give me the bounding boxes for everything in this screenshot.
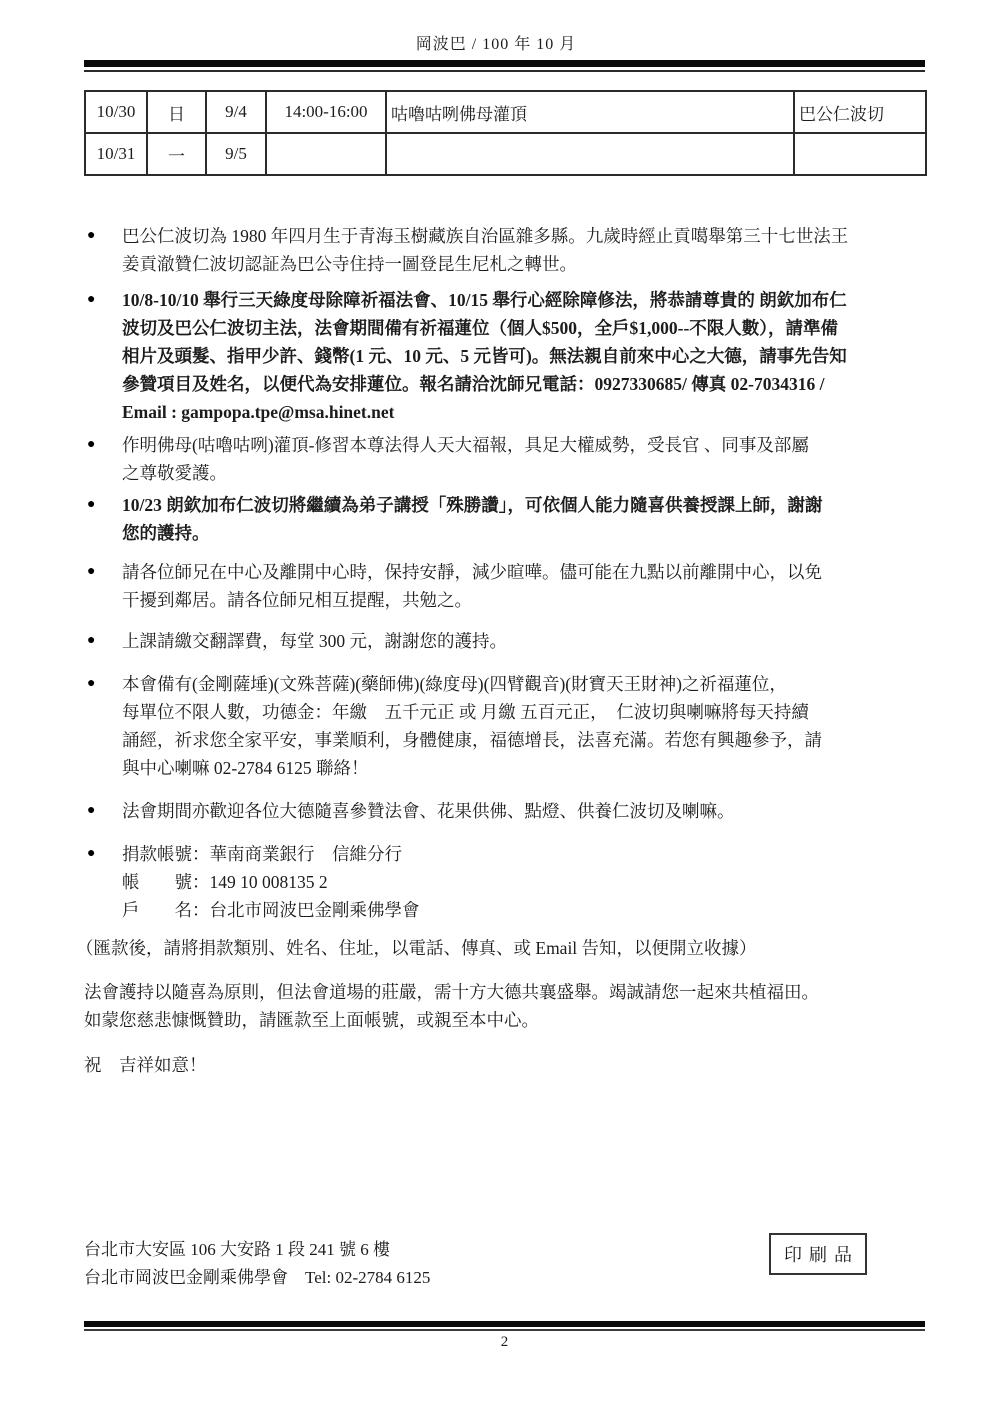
cell-teacher: 巴公仁波切 xyxy=(794,91,926,133)
bullet-line: 干擾到鄰居。請各位師兄相互提醒，共勉之。 xyxy=(122,586,942,614)
bullet-line: 巴公仁波切為 1980 年四月生于青海玉樹藏族自治區雜多縣。九歲時經止貢噶舉第三… xyxy=(122,222,942,250)
cell-lunar: 9/5 xyxy=(206,133,266,175)
bullet-icon: ● xyxy=(87,840,95,868)
paragraph-line: 法會護持以隨喜為原則，但法會道場的莊嚴，需十方大德共襄盛舉。竭誠請您一起來共植福… xyxy=(84,978,942,1006)
cell-event xyxy=(386,133,794,175)
bullet-item: ●法會期間亦歡迎各位大德隨喜參贊法會、花果供佛、點燈、供養仁波切及喇嘛。 xyxy=(84,797,942,825)
bullet-line: 捐款帳號：華南商業銀行 信維分行 xyxy=(122,840,942,868)
bullet-line: 參贊項目及姓名，以便代為安排蓮位。報名請洽沈師兄電話：0927330685/ 傳… xyxy=(122,370,942,398)
bullet-icon: ● xyxy=(87,286,95,314)
bullet-line: 姜貢澈贊仁波切認証為巴公寺住持一圖登昆生尼札之轉世。 xyxy=(122,250,942,278)
bullet-item: ●作明佛母(咕嚕咕咧)灌頂-修習本尊法得人天大福報，具足大權威勢，受長官 、同事… xyxy=(84,431,942,487)
cell-lunar: 9/4 xyxy=(206,91,266,133)
schedule-table-body: 10/30日9/414:00-16:00咕嚕咕咧佛母灌頂巴公仁波切10/31一9… xyxy=(85,91,926,175)
bullet-item: ●上課請繳交翻譯費，每堂 300 元，謝謝您的護持。 xyxy=(84,627,942,655)
bullet-line: 與中心喇嘛 02-2784 6125 聯絡！ xyxy=(122,754,942,782)
cell-date: 10/30 xyxy=(85,91,147,133)
bullet-item: ●10/8-10/10 舉行三天綠度母除障祈福法會、10/15 舉行心經除障修法… xyxy=(84,286,942,426)
cell-weekday: 日 xyxy=(147,91,206,133)
bullet-line: 作明佛母(咕嚕咕咧)灌頂-修習本尊法得人天大福報，具足大權威勢，受長官 、同事及… xyxy=(122,431,942,459)
bullet-icon: ● xyxy=(87,491,95,519)
cell-time xyxy=(266,133,386,175)
table-row: 10/30日9/414:00-16:00咕嚕咕咧佛母灌頂巴公仁波切 xyxy=(85,91,926,133)
page-title: 岡波巴 / 100 年 10 月 xyxy=(0,0,992,56)
cell-teacher xyxy=(794,133,926,175)
printed-matter-stamp: 印刷品 xyxy=(769,1233,867,1275)
cell-time: 14:00-16:00 xyxy=(266,91,386,133)
bullet-icon: ● xyxy=(87,797,95,825)
bullet-line: 您的護持。 xyxy=(122,519,942,547)
remittance-note: （匯款後，請將捐款類別、姓名、住址，以電話、傳真、或 Email 告知，以便開立… xyxy=(76,934,942,962)
bullet-icon: ● xyxy=(87,222,95,250)
paragraph-line: 如蒙您慈悲慷慨贊助，請匯款至上面帳號，或親至本中心。 xyxy=(84,1006,942,1034)
bullet-line: 相片及頭髮、指甲少許、錢幣(1 元、10 元、5 元皆可)。無法親自前來中心之大… xyxy=(122,342,942,370)
footer-address-line1: 台北市大安區 106 大安路 1 段 241 號 6 樓 xyxy=(84,1236,430,1264)
blessing-line: 祝 吉祥如意！ xyxy=(84,1051,942,1079)
footer-address-line2: 台北市岡波巴金剛乘佛學會 Tel: 02-2784 6125 xyxy=(84,1264,430,1292)
bullet-line: 帳 號：149 10 008135 2 xyxy=(122,868,942,896)
bullet-line: 請各位師兄在中心及離開中心時，保持安靜，減少暄嘩。儘可能在九點以前離開中心，以免 xyxy=(122,558,942,586)
footer: 台北市大安區 106 大安路 1 段 241 號 6 樓 台北市岡波巴金剛乘佛學… xyxy=(84,1233,925,1292)
footer-address: 台北市大安區 106 大安路 1 段 241 號 6 樓 台北市岡波巴金剛乘佛學… xyxy=(84,1233,430,1292)
table-row: 10/31一9/5 xyxy=(85,133,926,175)
bullet-line: 上課請繳交翻譯費，每堂 300 元，謝謝您的護持。 xyxy=(122,627,942,655)
bullet-line: 戶 名：台北市岡波巴金剛乘佛學會 xyxy=(122,896,942,924)
cell-weekday: 一 xyxy=(147,133,206,175)
bullet-icon: ● xyxy=(87,670,95,698)
bullet-icon: ● xyxy=(87,431,95,459)
header-rule xyxy=(84,60,925,72)
footer-rule xyxy=(84,1321,925,1331)
bullet-line: 10/23 朗欽加布仁波切將繼續為弟子講授「殊勝讚」，可依個人能力隨喜供養授課上… xyxy=(122,491,942,519)
document-page: 岡波巴 / 100 年 10 月 10/30日9/414:00-16:00咕嚕咕… xyxy=(0,0,992,1403)
bullet-item: ●巴公仁波切為 1980 年四月生于青海玉樹藏族自治區雜多縣。九歲時經止貢噶舉第… xyxy=(84,222,942,278)
cell-event: 咕嚕咕咧佛母灌頂 xyxy=(386,91,794,133)
bullet-line: 誦經，祈求您全家平安，事業順利，身體健康，福德增長，法喜充滿。若您有興趣參予，請 xyxy=(122,726,942,754)
bullet-item: ●本會備有(金剛薩埵)(文殊菩薩)(藥師佛)(綠度母)(四臂觀音)(財寶天王財神… xyxy=(84,670,942,782)
bullet-item: ●10/23 朗欽加布仁波切將繼續為弟子講授「殊勝讚」，可依個人能力隨喜供養授課… xyxy=(84,491,942,547)
bullet-line: 法會期間亦歡迎各位大德隨喜參贊法會、花果供佛、點燈、供養仁波切及喇嘛。 xyxy=(122,797,942,825)
cell-date: 10/31 xyxy=(85,133,147,175)
bullet-line: 10/8-10/10 舉行三天綠度母除障祈福法會、10/15 舉行心經除障修法，… xyxy=(122,286,942,314)
bullet-line: 每單位不限人數，功德金：年繳 五千元正 或 月繳 五百元正， 仁波切與喇嘛將每天… xyxy=(122,698,942,726)
bullet-line: 之尊敬愛護。 xyxy=(122,459,942,487)
bullet-item: ●請各位師兄在中心及離開中心時，保持安靜，減少暄嘩。儘可能在九點以前離開中心，以… xyxy=(84,558,942,614)
schedule-table: 10/30日9/414:00-16:00咕嚕咕咧佛母灌頂巴公仁波切10/31一9… xyxy=(84,90,927,176)
bullet-line: 本會備有(金剛薩埵)(文殊菩薩)(藥師佛)(綠度母)(四臂觀音)(財寶天王財神)… xyxy=(122,670,942,698)
page-number: 2 xyxy=(84,1334,925,1351)
support-note: 法會護持以隨喜為原則，但法會道場的莊嚴，需十方大德共襄盛舉。竭誠請您一起來共植福… xyxy=(84,978,942,1034)
page-bottom: 2 xyxy=(84,1321,925,1351)
bullet-item: ●捐款帳號：華南商業銀行 信維分行帳 號：149 10 008135 2戶 名：… xyxy=(84,840,942,924)
bullet-list: ●巴公仁波切為 1980 年四月生于青海玉樹藏族自治區雜多縣。九歲時經止貢噶舉第… xyxy=(84,222,942,924)
bullet-icon: ● xyxy=(87,627,95,655)
bullet-line: 波切及巴公仁波切主法，法會期間備有祈福蓮位（個人$500，全戶$1,000--不… xyxy=(122,314,942,342)
bullet-icon: ● xyxy=(87,558,95,586)
bullet-line: Email : gampopa.tpe@msa.hinet.net xyxy=(122,398,942,426)
